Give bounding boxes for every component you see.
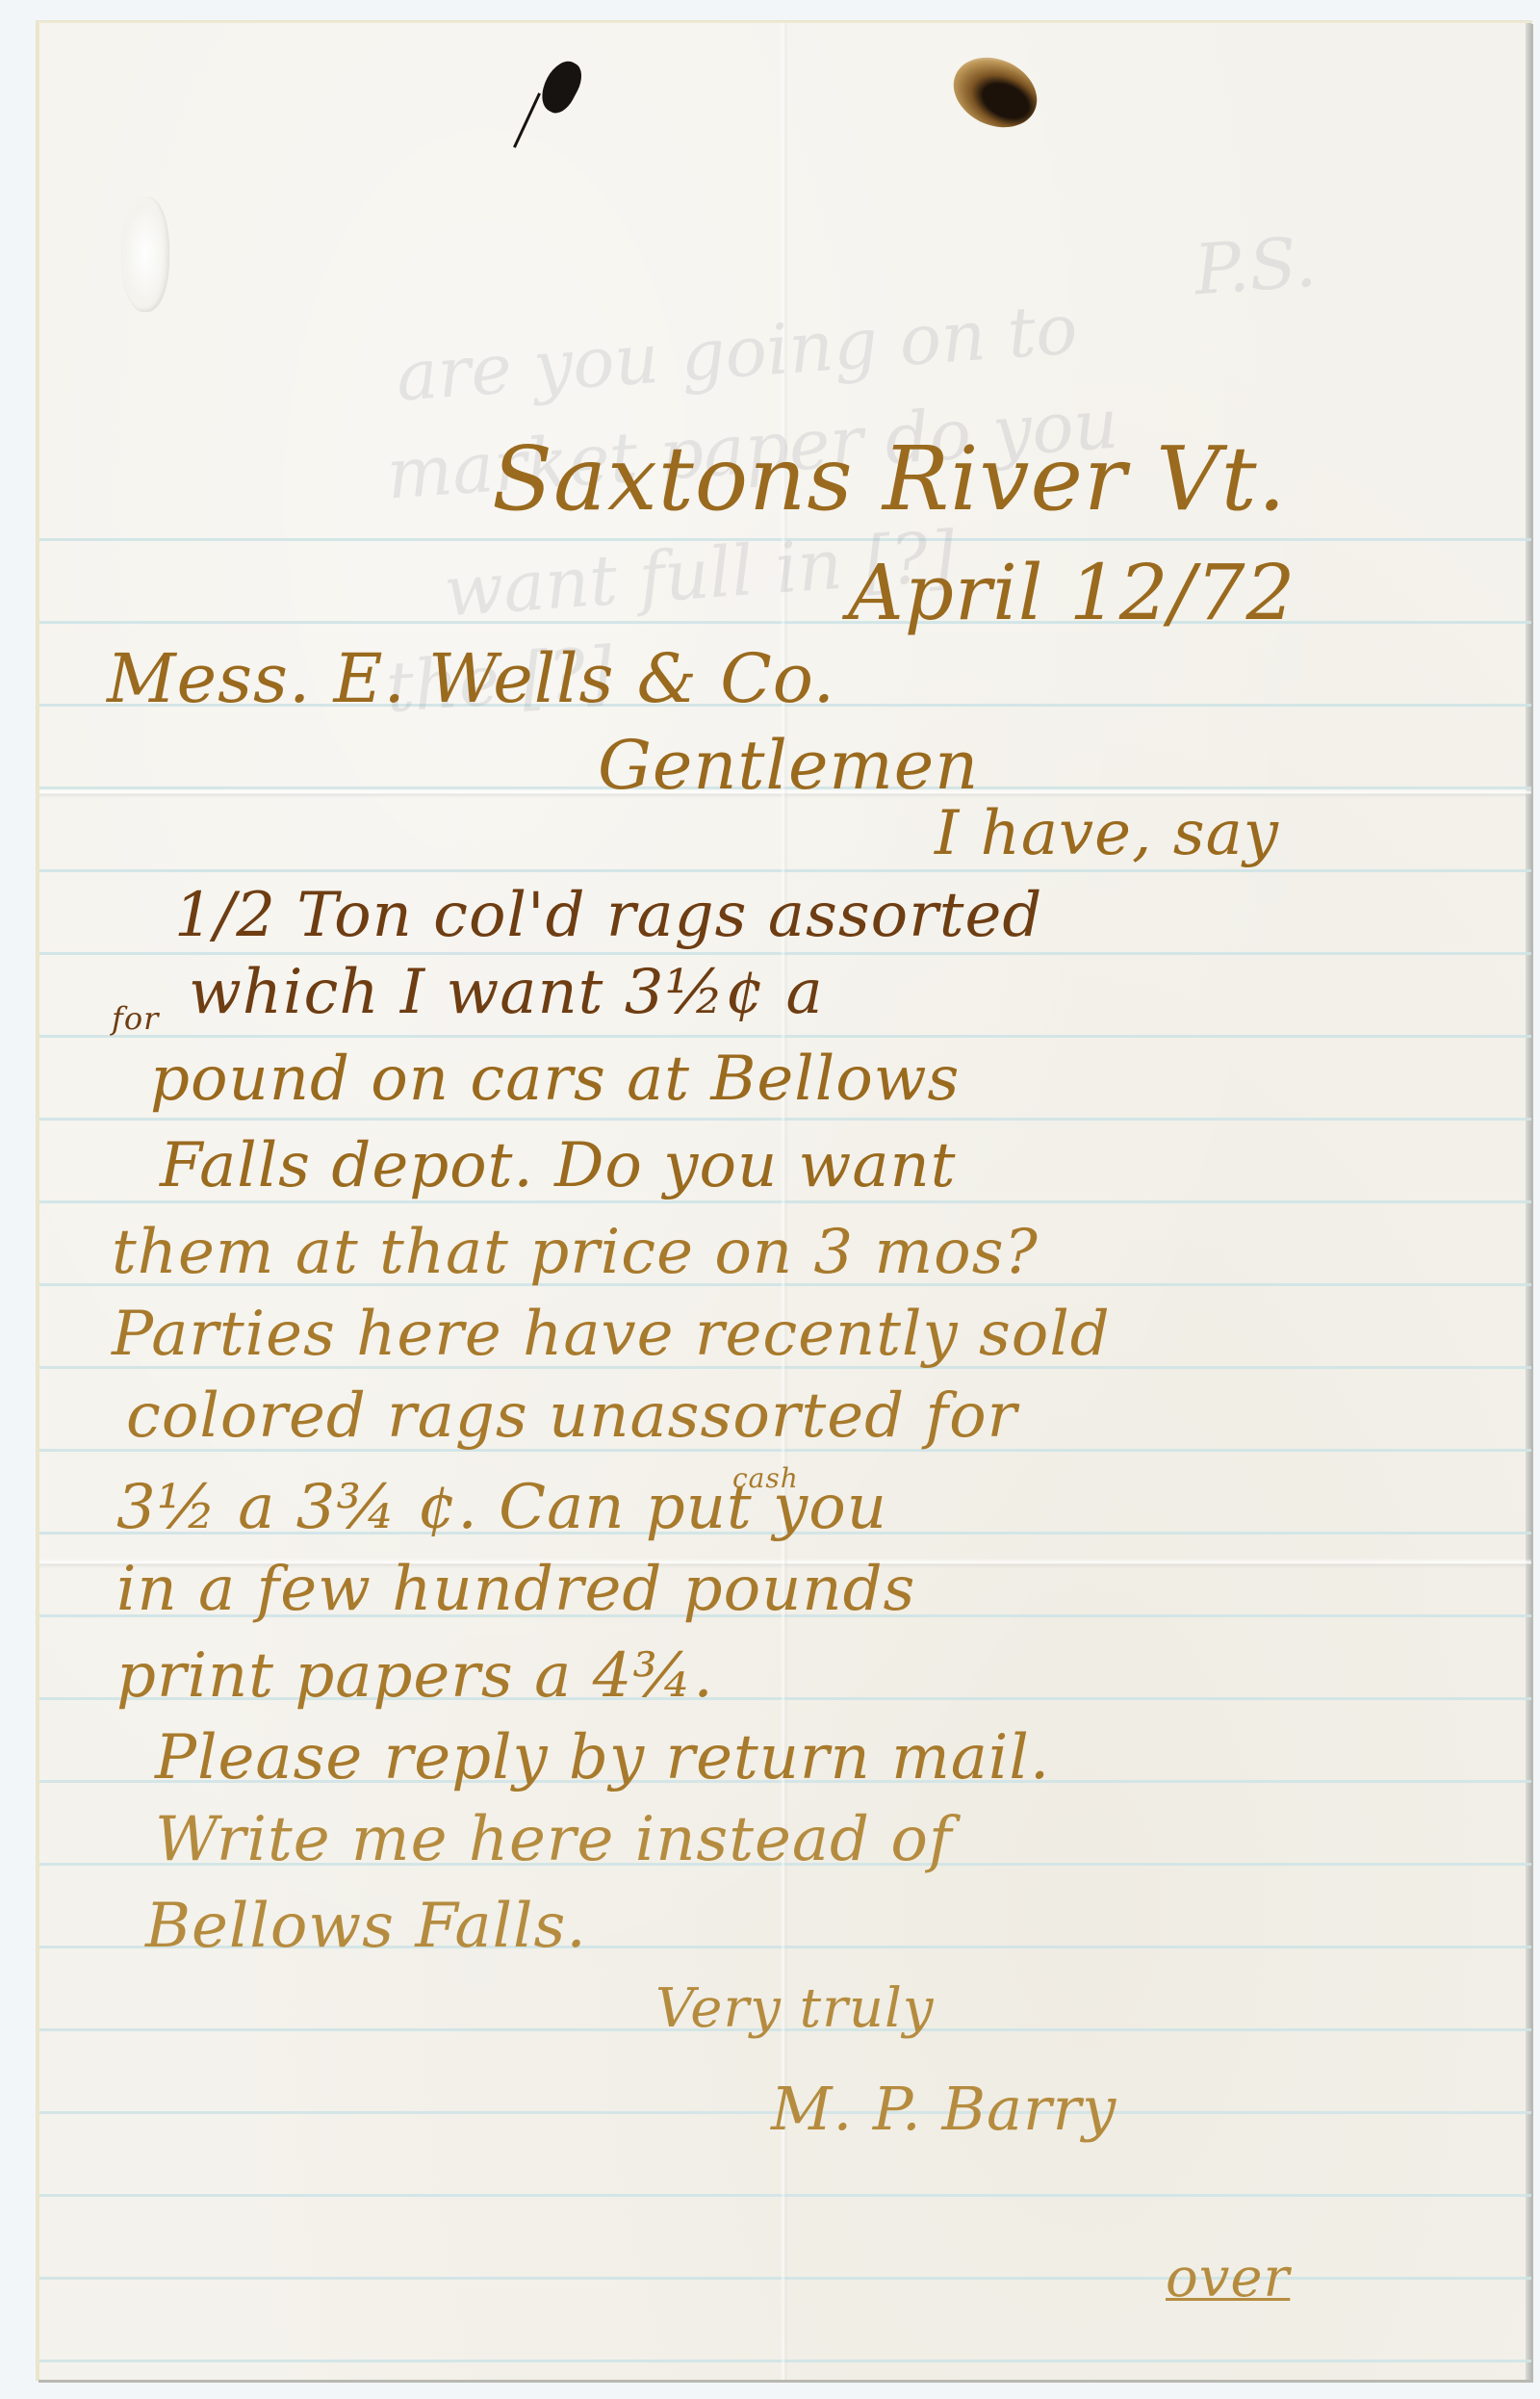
body-line: print papers a 4¾. xyxy=(116,1640,714,1712)
body-line: Please reply by return mail. xyxy=(155,1722,1050,1793)
letter-date: April 12/72 xyxy=(848,548,1296,637)
letter-place: Saxtons River Vt. xyxy=(492,427,1287,530)
body-line: Parties here have recently sold xyxy=(112,1299,1111,1370)
ink-blot xyxy=(534,55,588,117)
body-line: them at that price on 3 mos? xyxy=(112,1217,1039,1288)
body-line: colored rags unassorted for xyxy=(126,1380,1017,1452)
body-line: in a few hundred pounds xyxy=(116,1554,915,1625)
letter-paper: P.S. are you going on to market paper do… xyxy=(37,21,1531,2380)
bleed-through-text: P.S. xyxy=(1192,221,1319,311)
body-line: 1/2 Ton col'd rags assorted xyxy=(174,880,1042,951)
body-line: I have, say xyxy=(935,798,1279,869)
embossed-stationer-mark xyxy=(121,196,169,312)
over-note: over xyxy=(1166,2247,1290,2309)
letter-salutation: Gentlemen xyxy=(598,726,979,805)
letter-signature: M. P. Barry xyxy=(771,2074,1116,2144)
ink-blot-tail xyxy=(513,92,541,147)
ink-stain xyxy=(942,44,1048,141)
body-line: 3½ a 3¾ ¢. Can put you xyxy=(116,1472,887,1543)
margin-note: for xyxy=(112,1000,159,1037)
body-line: Falls depot. Do you want xyxy=(160,1130,956,1201)
body-line: which I want 3½¢ a xyxy=(189,957,824,1028)
letter-addressee: Mess. E. Wells & Co. xyxy=(107,639,835,718)
body-line: Write me here instead of xyxy=(155,1804,953,1875)
letter-closing: Very truly xyxy=(655,1977,935,2040)
body-line: pound on cars at Bellows xyxy=(150,1044,960,1115)
body-line: Bellows Falls. xyxy=(145,1891,587,1962)
